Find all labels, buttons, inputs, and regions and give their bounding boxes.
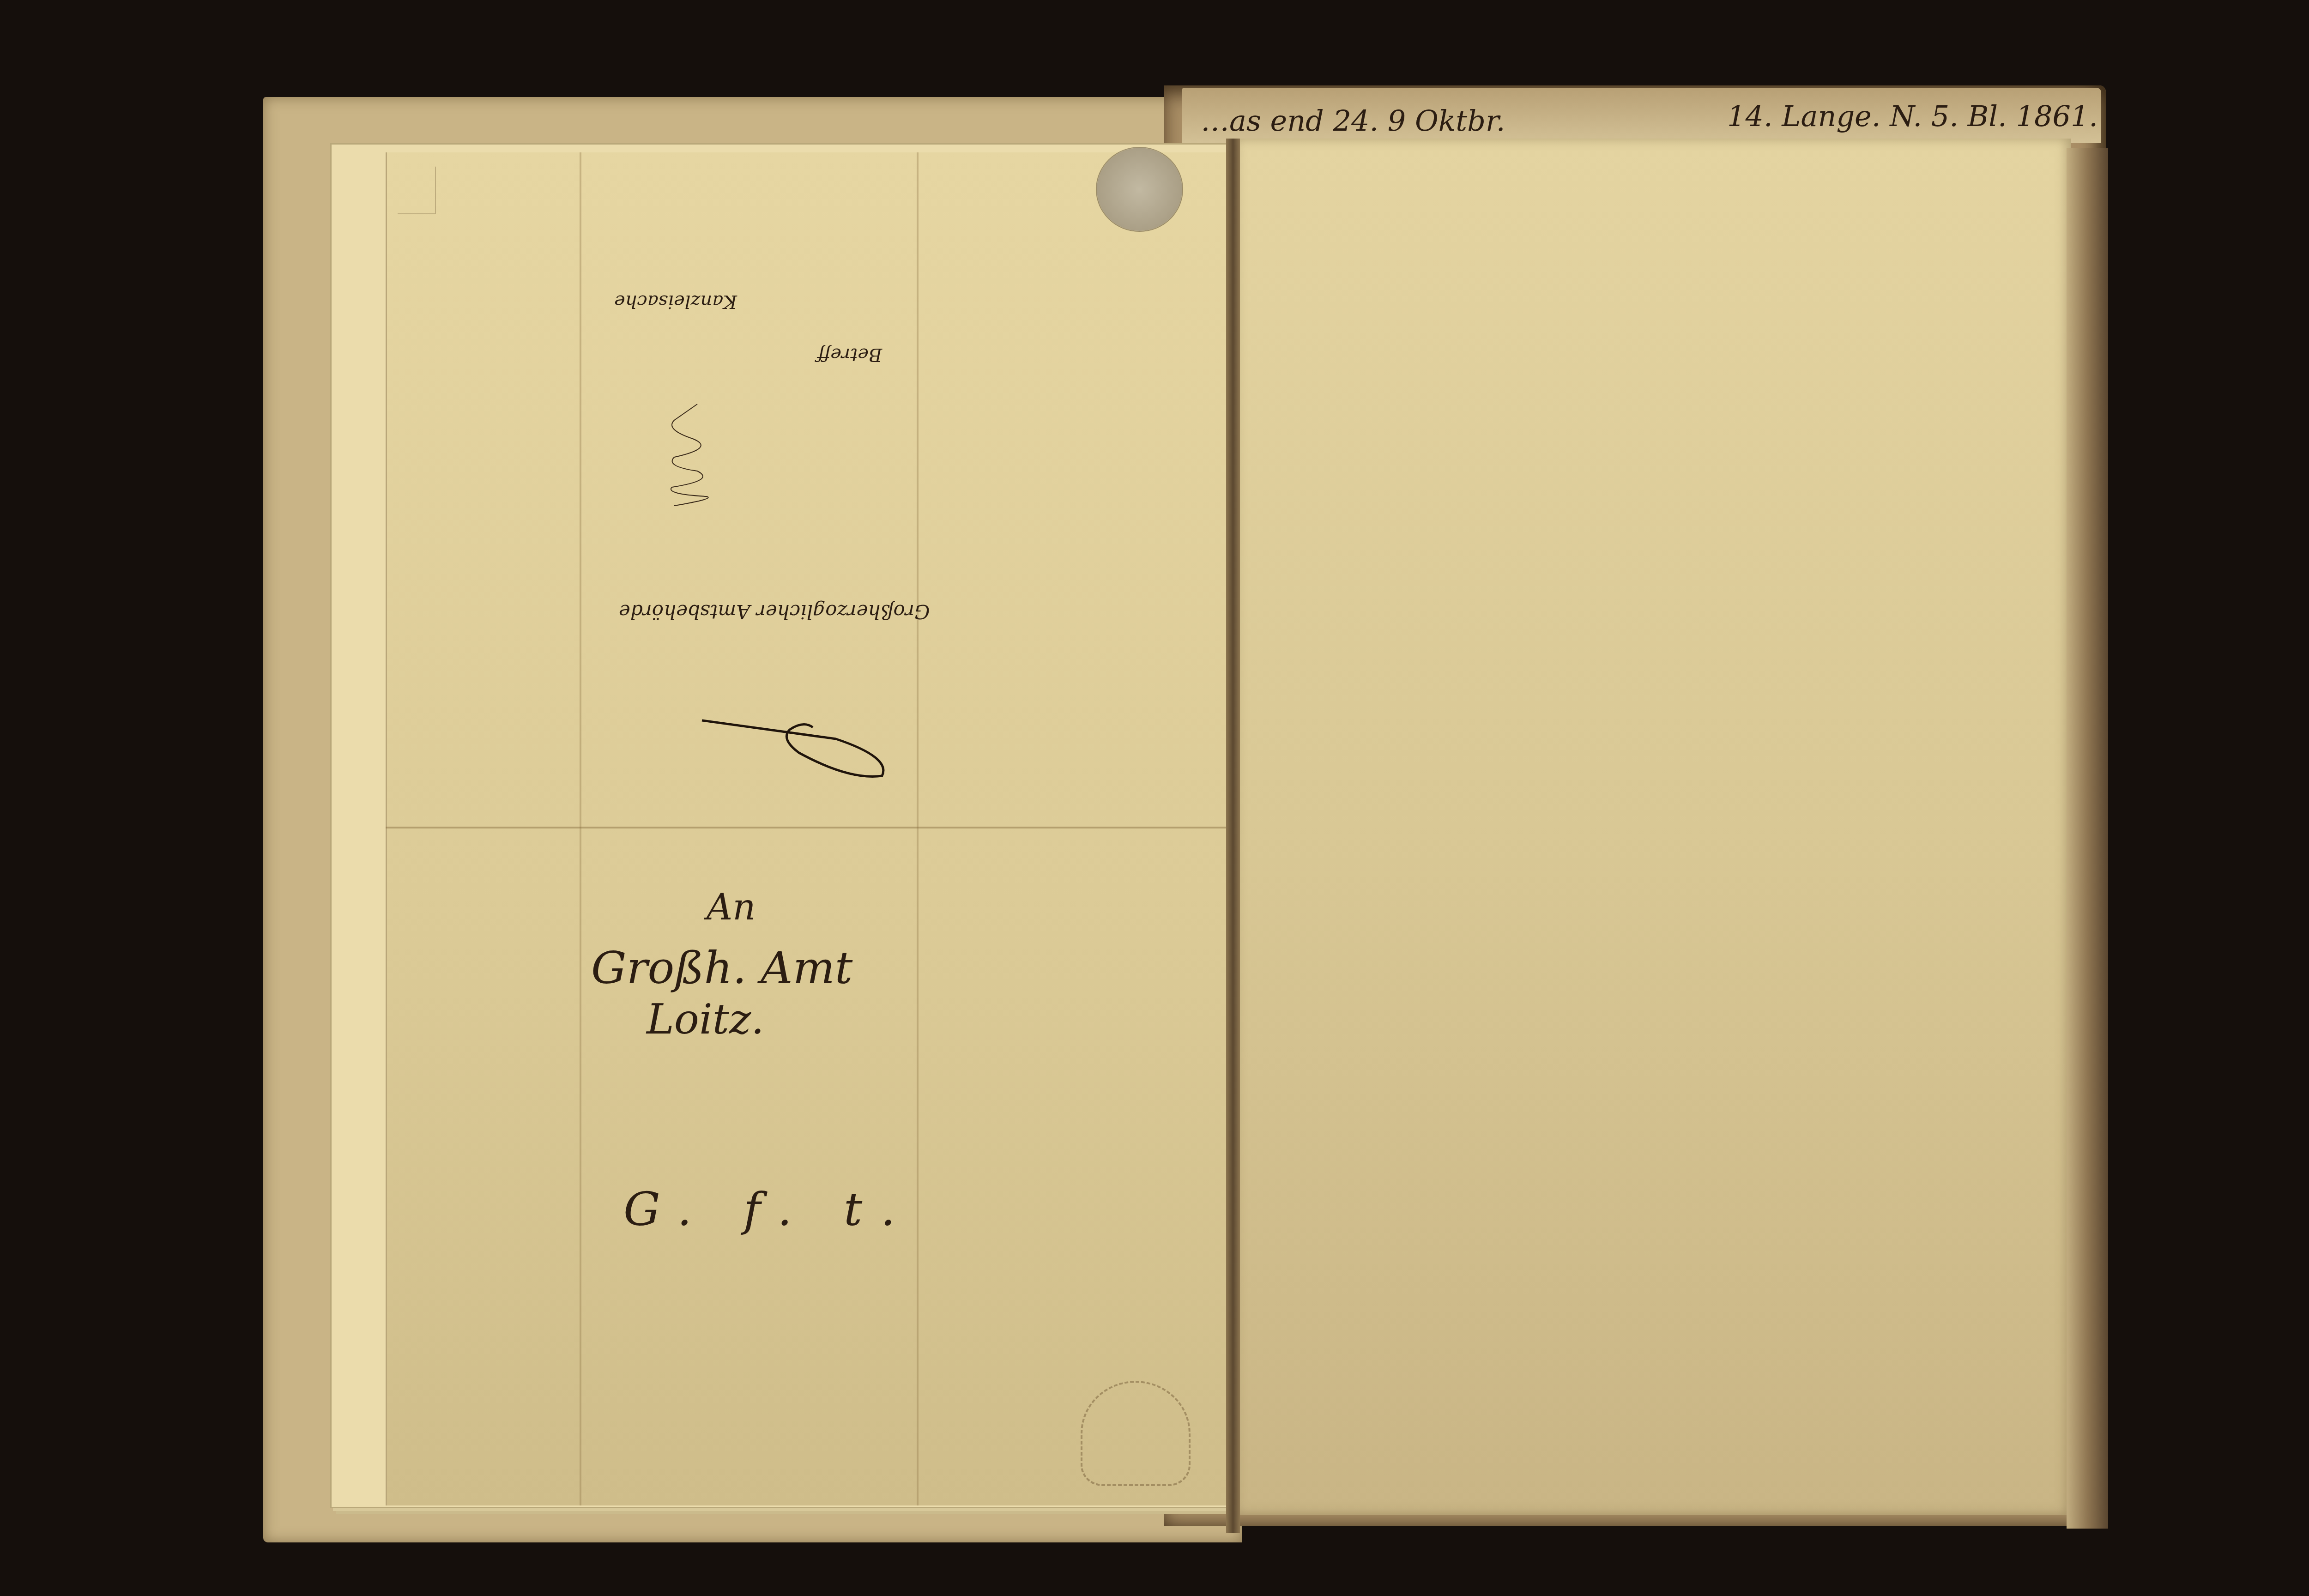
- right-page-blank: [1240, 139, 2071, 1515]
- fold-line-horizontal: [386, 827, 1235, 828]
- upside-down-note-1: Kanzleisache: [614, 291, 737, 312]
- wax-seal: [1097, 148, 1182, 231]
- book-spine: [1226, 139, 1240, 1533]
- fold-line-vertical-1: [580, 152, 581, 1505]
- address-line-2: Großh. Amt: [591, 942, 852, 994]
- address-line-1: An: [707, 887, 756, 928]
- address-line-3: Loitz.: [647, 995, 764, 1044]
- right-page-edges: [2067, 148, 2108, 1529]
- upside-down-note-2: Betreff: [817, 344, 882, 365]
- address-closing: G. f. t.: [623, 1182, 914, 1236]
- fold-line-vertical-2: [917, 152, 919, 1505]
- folder-label-right: 14. Lange. N. 5. Bl. 1861.: [1727, 99, 2098, 133]
- folder-label-left: …as end 24. 9 Oktbr.: [1201, 104, 1505, 138]
- water-stain: [1081, 1381, 1191, 1486]
- left-page-letter: [386, 152, 1237, 1505]
- ink-flourish-icon: [665, 402, 720, 513]
- ink-paraph-icon: [697, 711, 901, 780]
- upside-down-note-3: Großherzoglicher Amtsbehörde: [619, 600, 930, 623]
